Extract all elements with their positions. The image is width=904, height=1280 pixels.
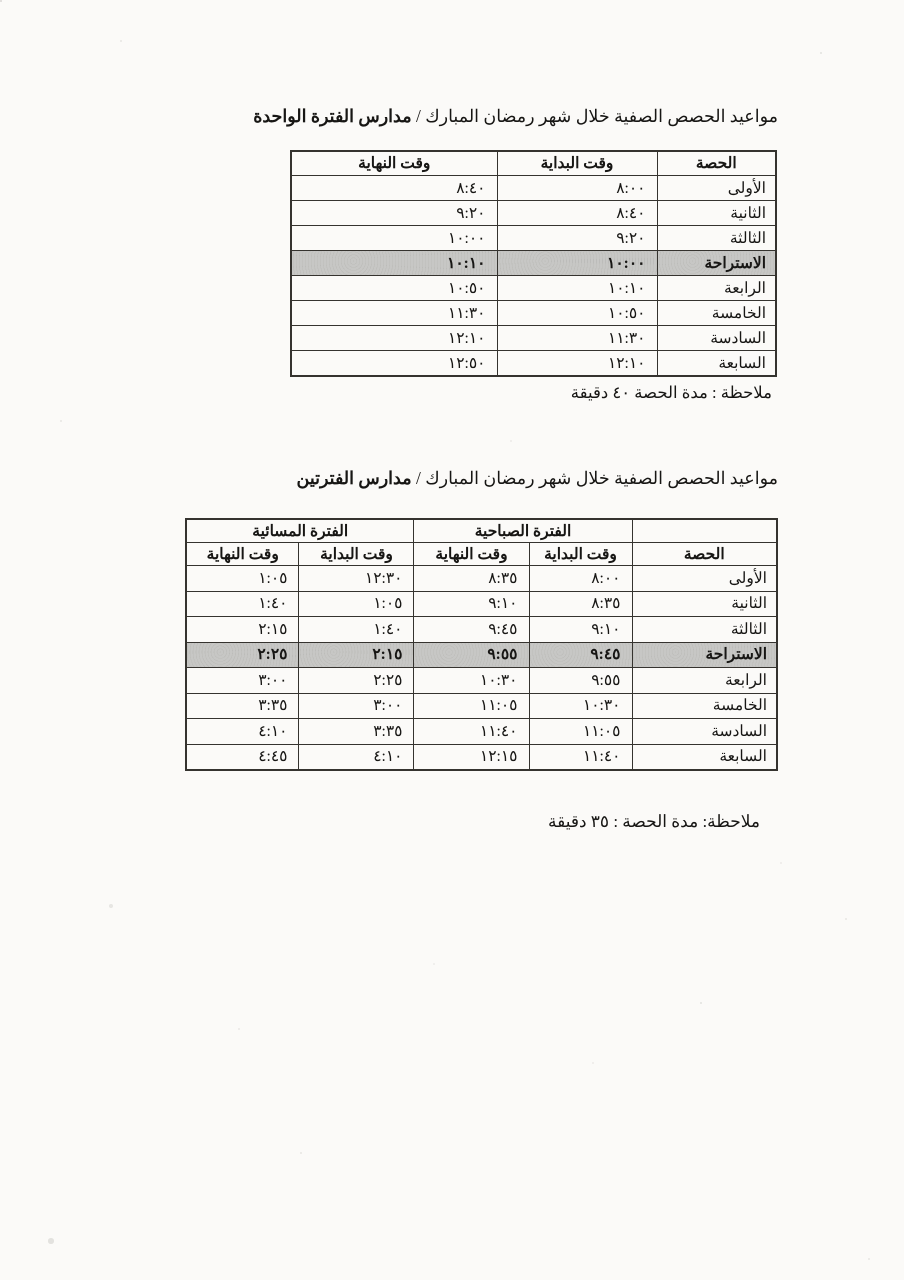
- col-header-evening-end: وقت النهاية: [186, 543, 299, 566]
- section2-title-bold: مدارس الفترتين: [297, 468, 412, 488]
- period-name-cell: السادسة: [657, 326, 776, 351]
- empty-header-cell: [632, 519, 777, 543]
- end-time-cell: ٨:٤٠: [291, 176, 497, 201]
- evening-start-cell: ٢:٢٥: [299, 668, 414, 694]
- two-period-schedule-table: الفترة الصباحية الفترة المسائية الحصة وق…: [185, 518, 778, 771]
- section1-note: ملاحظة : مدة الحصة ٤٠ دقيقة: [571, 383, 772, 403]
- col-header-end-time: وقت النهاية: [291, 151, 497, 176]
- evening-start-cell: ٤:١٠: [299, 744, 414, 770]
- period-name-cell: الاستراحة: [632, 642, 777, 668]
- scanned-document-page: مواعيد الحصص الصفية خلال شهر رمضان المبا…: [0, 0, 904, 1280]
- morning-end-cell: ١٠:٣٠: [414, 668, 529, 694]
- evening-start-cell: ٣:٣٥: [299, 719, 414, 745]
- morning-start-cell: ١١:٤٠: [529, 744, 632, 770]
- period-name-cell: الرابعة: [657, 276, 776, 301]
- table-row: السادسة ١١:٣٠ ١٢:١٠: [291, 326, 776, 351]
- period-name-cell: الثالثة: [632, 617, 777, 643]
- start-time-cell: ١٠:٥٠: [497, 301, 657, 326]
- end-time-cell: ١٢:٥٠: [291, 351, 497, 377]
- evening-start-cell: ٣:٠٠: [299, 693, 414, 719]
- table-row: الأولى ٨:٠٠ ٨:٤٠: [291, 176, 776, 201]
- period-name-cell: الثالثة: [657, 226, 776, 251]
- period-name-cell: الثانية: [657, 201, 776, 226]
- period-name-cell: الرابعة: [632, 668, 777, 694]
- table-row: الخامسة ١٠:٥٠ ١١:٣٠: [291, 301, 776, 326]
- morning-end-cell: ١١:٠٥: [414, 693, 529, 719]
- table-row: السابعة ١٢:١٠ ١٢:٥٠: [291, 351, 776, 377]
- end-time-cell: ١٠:٠٠: [291, 226, 497, 251]
- morning-end-cell: ٩:١٠: [414, 591, 529, 617]
- table-row: الخامسة ١٠:٣٠ ١١:٠٥ ٣:٠٠ ٣:٣٥: [186, 693, 777, 719]
- section2-title-regular: مواعيد الحصص الصفية خلال شهر رمضان المبا…: [412, 468, 778, 488]
- evening-end-cell: ١:٤٠: [186, 591, 299, 617]
- morning-start-cell: ٨:٠٠: [529, 566, 632, 592]
- table-row: السابعة ١١:٤٠ ١٢:١٥ ٤:١٠ ٤:٤٥: [186, 744, 777, 770]
- section1-title-bold: مدارس الفترة الواحدة: [253, 106, 411, 126]
- scan-noise-specks: [0, 0, 2, 2]
- period-name-cell: السادسة: [632, 719, 777, 745]
- period-name-cell: الأولى: [632, 566, 777, 592]
- evening-end-cell: ٤:٤٥: [186, 744, 299, 770]
- section2-note: ملاحظة: مدة الحصة : ٣٥ دقيقة: [548, 812, 760, 832]
- morning-end-cell: ١١:٤٠: [414, 719, 529, 745]
- morning-end-cell: ١٢:١٥: [414, 744, 529, 770]
- morning-end-cell: ٩:٥٥: [414, 642, 529, 668]
- start-time-cell: ١٢:١٠: [497, 351, 657, 377]
- table-row: الثالثة ٩:٢٠ ١٠:٠٠: [291, 226, 776, 251]
- start-time-cell: ٨:٤٠: [497, 201, 657, 226]
- period-name-cell: السابعة: [632, 744, 777, 770]
- morning-start-cell: ٩:١٠: [529, 617, 632, 643]
- start-time-cell: ١٠:١٠: [497, 276, 657, 301]
- morning-end-cell: ٩:٤٥: [414, 617, 529, 643]
- morning-start-cell: ٨:٣٥: [529, 591, 632, 617]
- start-time-cell: ١١:٣٠: [497, 326, 657, 351]
- start-time-cell: ١٠:٠٠: [497, 251, 657, 276]
- table-row: الثانية ٨:٤٠ ٩:٢٠: [291, 201, 776, 226]
- single-period-schedule-table: الحصة وقت البداية وقت النهاية الأولى ٨:٠…: [290, 150, 777, 377]
- end-time-cell: ٩:٢٠: [291, 201, 497, 226]
- evening-start-cell: ١٢:٣٠: [299, 566, 414, 592]
- section1-title-regular: مواعيد الحصص الصفية خلال شهر رمضان المبا…: [412, 106, 778, 126]
- evening-start-cell: ١:٠٥: [299, 591, 414, 617]
- end-time-cell: ١٠:٥٠: [291, 276, 497, 301]
- table-row: الرابعة ٩:٥٥ ١٠:٣٠ ٢:٢٥ ٣:٠٠: [186, 668, 777, 694]
- end-time-cell: ١١:٣٠: [291, 301, 497, 326]
- period-name-cell: الخامسة: [632, 693, 777, 719]
- evening-end-cell: ٢:١٥: [186, 617, 299, 643]
- col-header-morning-end: وقت النهاية: [414, 543, 529, 566]
- section2-title: مواعيد الحصص الصفية خلال شهر رمضان المبا…: [297, 468, 778, 489]
- col-header-evening-start: وقت البداية: [299, 543, 414, 566]
- period-name-cell: الثانية: [632, 591, 777, 617]
- table-row: الثانية ٨:٣٥ ٩:١٠ ١:٠٥ ١:٤٠: [186, 591, 777, 617]
- evening-end-cell: ٣:٣٥: [186, 693, 299, 719]
- end-time-cell: ١٢:١٠: [291, 326, 497, 351]
- break-row: الاستراحة ١٠:٠٠ ١٠:١٠: [291, 251, 776, 276]
- break-row: الاستراحة ٩:٤٥ ٩:٥٥ ٢:١٥ ٢:٢٥: [186, 642, 777, 668]
- start-time-cell: ٨:٠٠: [497, 176, 657, 201]
- evening-end-cell: ٢:٢٥: [186, 642, 299, 668]
- section1-title: مواعيد الحصص الصفية خلال شهر رمضان المبا…: [253, 106, 778, 127]
- header-row: الحصة وقت البداية وقت النهاية وقت البداي…: [186, 543, 777, 566]
- col-header-start-time: وقت البداية: [497, 151, 657, 176]
- start-time-cell: ٩:٢٠: [497, 226, 657, 251]
- evening-end-cell: ٣:٠٠: [186, 668, 299, 694]
- header-row: الحصة وقت البداية وقت النهاية: [291, 151, 776, 176]
- table-row: الأولى ٨:٠٠ ٨:٣٥ ١٢:٣٠ ١:٠٥: [186, 566, 777, 592]
- evening-start-cell: ٢:١٥: [299, 642, 414, 668]
- col-header-period: الحصة: [657, 151, 776, 176]
- evening-start-cell: ١:٤٠: [299, 617, 414, 643]
- period-name-cell: السابعة: [657, 351, 776, 377]
- group-header-row: الفترة الصباحية الفترة المسائية: [186, 519, 777, 543]
- end-time-cell: ١٠:١٠: [291, 251, 497, 276]
- morning-start-cell: ٩:٥٥: [529, 668, 632, 694]
- period-name-cell: الخامسة: [657, 301, 776, 326]
- evening-period-group-header: الفترة المسائية: [186, 519, 414, 543]
- morning-period-group-header: الفترة الصباحية: [414, 519, 632, 543]
- evening-end-cell: ٤:١٠: [186, 719, 299, 745]
- evening-end-cell: ١:٠٥: [186, 566, 299, 592]
- morning-end-cell: ٨:٣٥: [414, 566, 529, 592]
- period-name-cell: الأولى: [657, 176, 776, 201]
- table-row: الرابعة ١٠:١٠ ١٠:٥٠: [291, 276, 776, 301]
- table-row: السادسة ١١:٠٥ ١١:٤٠ ٣:٣٥ ٤:١٠: [186, 719, 777, 745]
- morning-start-cell: ١٠:٣٠: [529, 693, 632, 719]
- morning-start-cell: ١١:٠٥: [529, 719, 632, 745]
- period-name-cell: الاستراحة: [657, 251, 776, 276]
- morning-start-cell: ٩:٤٥: [529, 642, 632, 668]
- table-row: الثالثة ٩:١٠ ٩:٤٥ ١:٤٠ ٢:١٥: [186, 617, 777, 643]
- col-header-morning-start: وقت البداية: [529, 543, 632, 566]
- col-header-period: الحصة: [632, 543, 777, 566]
